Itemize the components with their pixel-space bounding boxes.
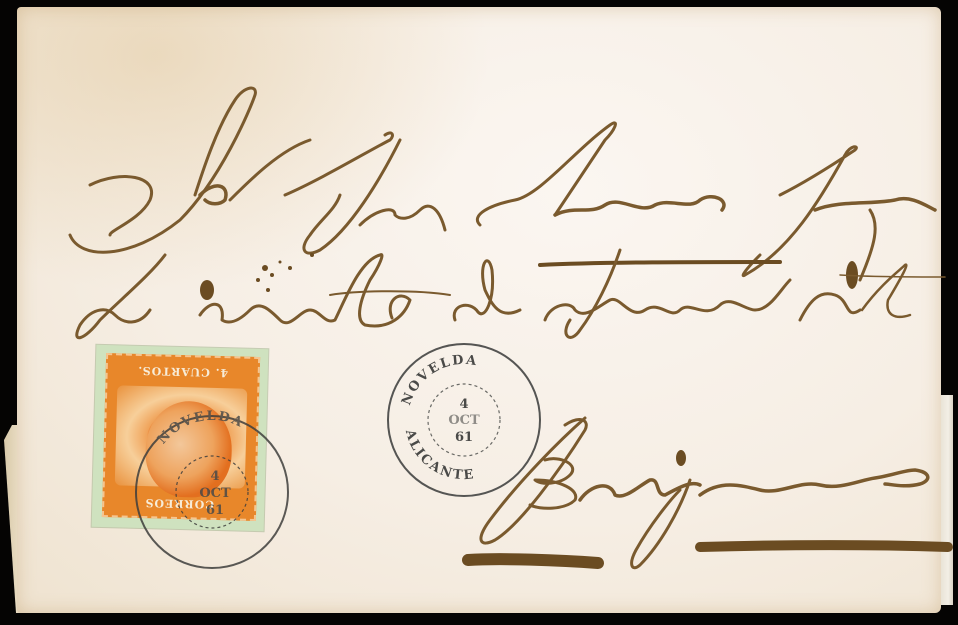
postmark-novelda: NOVELDA ALICANTE 4 OCT 61 [388,344,540,496]
postmark-year: 61 [455,430,473,445]
stamp-postmark-day: 4 [210,469,219,484]
postmark-on-stamp: NOVELDA 4 OCT 61 [136,409,288,568]
postmark-day: 4 [459,397,468,412]
stamp-postmark-town: NOVELDA [155,409,246,447]
stamp-postmark-month: OCT [199,486,231,501]
postmarks-layer: NOVELDA ALICANTE 4 OCT 61 NOVELDA 4 OCT … [0,0,958,625]
stamp-postmark-year: 61 [206,503,224,518]
postmark-month: OCT [448,413,480,428]
